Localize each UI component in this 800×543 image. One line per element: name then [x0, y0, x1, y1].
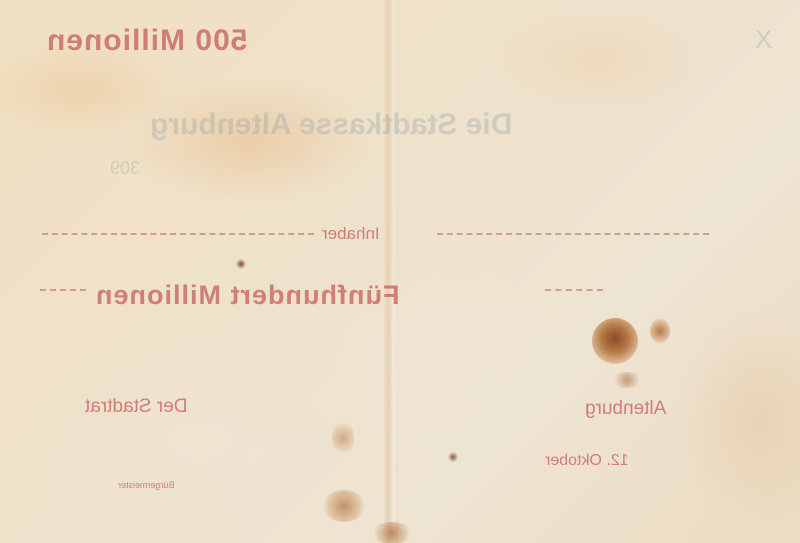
dashed-rule-left	[42, 233, 314, 235]
amount-in-words: Fünfhundert Millionen	[95, 280, 399, 311]
issuer-text: Die Stadtkasse Altenburg	[150, 108, 512, 142]
stain-spot	[323, 490, 365, 522]
serial-number: 309	[110, 158, 140, 179]
stain-spot	[650, 318, 670, 344]
denomination-text: 500 Millionen	[46, 24, 247, 58]
vertical-fold-crease	[384, 0, 398, 543]
date-text: 12. Oktober	[545, 452, 629, 470]
council-text: Der Stadtrat	[85, 396, 187, 418]
dashed-rule-right	[437, 233, 709, 235]
stain-spot	[332, 420, 354, 456]
stain-spot	[448, 452, 458, 462]
signatory-text: Bürgermeister	[118, 480, 175, 490]
stain-spot	[236, 259, 246, 269]
dashed-rule-amount-left	[40, 289, 86, 291]
banknote-reverse: 500 Millionen X Die Stadtkasse Altenburg…	[0, 0, 800, 543]
corner-mark: X	[755, 24, 772, 55]
place-text: Altenburg	[585, 398, 666, 420]
dashed-rule-amount-right	[545, 289, 603, 291]
stain-spot	[372, 522, 412, 543]
stain-spot	[592, 318, 638, 364]
payee-text: Inhaber	[322, 224, 380, 244]
stain-spot	[612, 372, 642, 388]
